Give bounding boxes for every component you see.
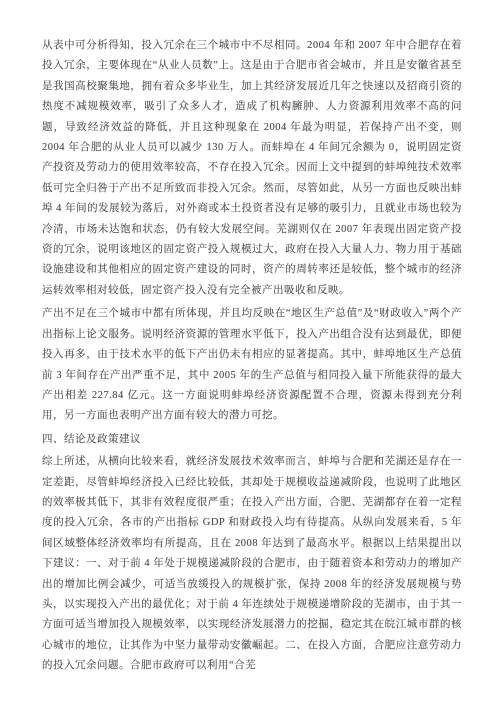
section-heading-conclusions: 四、结论及政策建议: [42, 430, 462, 450]
paragraph-output-shortfall: 产出不足在三个城市中都有所体现，并且均反映在“地区生产总值”及“财政收入”两个产…: [42, 304, 462, 426]
paragraph-input-redundancy: 从表中可分析得知，投入冗余在三个城市中不尽相同。2004 年和 2007 年中合…: [42, 36, 462, 301]
document-page: 从表中可分析得知，投入冗余在三个城市中不尽相同。2004 年和 2007 年中合…: [0, 0, 500, 707]
paragraph-conclusion-recommendations: 综上所述，从横向比较来看，就经济发展技术效率而言，蚌埠与合肥和芜湖还是存在一定差…: [42, 452, 462, 676]
